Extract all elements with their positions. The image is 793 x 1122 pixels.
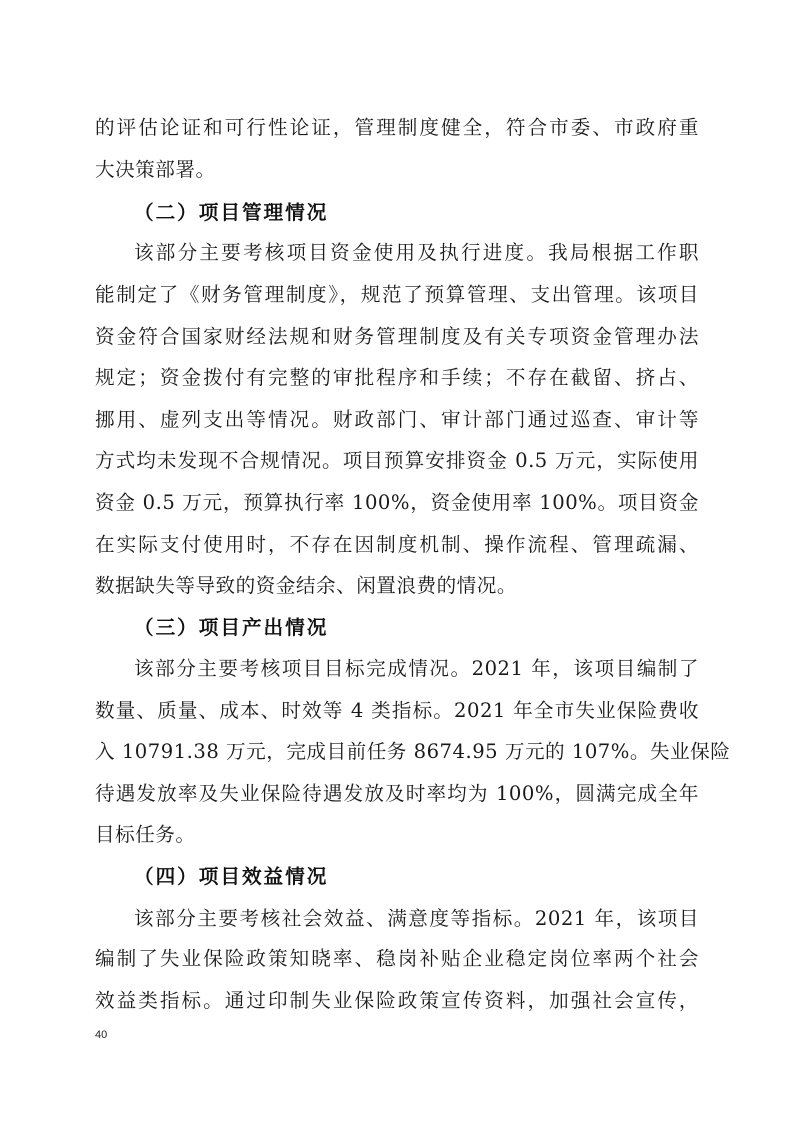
- paragraph-first-line: 该部分主要考核社会效益、满意度等指标。2021 年，该项目: [134, 904, 699, 934]
- section-heading-project-benefits: （四）项目效益情况: [134, 862, 328, 892]
- body-line: 目标任务。: [95, 820, 195, 850]
- paragraph-first-line: 该部分主要考核项目目标完成情况。2021 年，该项目编制了: [134, 654, 699, 684]
- body-line: 数据缺失等导致的资金结余、闲置浪费的情况。: [95, 571, 517, 601]
- body-line: 大决策部署。: [95, 155, 216, 185]
- body-line: 待遇发放率及失业保险待遇发放及时率均为 100%，圆满完成全年: [95, 779, 699, 809]
- section-heading-project-management: （二）项目管理情况: [134, 198, 328, 228]
- body-line: 在实际支付使用时，不存在因制度机制、操作流程、管理疏漏、: [95, 530, 699, 560]
- page-number: 40: [95, 1029, 107, 1041]
- body-line: 挪用、虚列支出等情况。财政部门、审计部门通过巡查、审计等: [95, 405, 699, 435]
- body-line: 效益类指标。通过印制失业保险政策宣传资料，加强社会宣传，: [95, 986, 699, 1016]
- body-line: 入 10791.38 万元，完成目前任务 8674.95 万元的 107%。失业…: [95, 737, 699, 767]
- body-line: 资金符合国家财经法规和财务管理制度及有关专项资金管理办法: [95, 322, 699, 352]
- body-line: 编制了失业保险政策知晓率、稳岗补贴企业稳定岗位率两个社会: [95, 944, 699, 974]
- body-line: 资金 0.5 万元，预算执行率 100%，资金使用率 100%。项目资金: [95, 488, 699, 518]
- body-line: 能制定了《财务管理制度》，规范了预算管理、支出管理。该项目: [95, 280, 699, 310]
- body-line: 的评估论证和可行性论证，管理制度健全，符合市委、市政府重: [95, 113, 699, 143]
- document-page: 的评估论证和可行性论证，管理制度健全，符合市委、市政府重 大决策部署。 （二）项…: [0, 0, 793, 1122]
- body-line: 方式均未发现不合规情况。项目预算安排资金 0.5 万元，实际使用: [95, 446, 699, 476]
- section-heading-project-output: （三）项目产出情况: [134, 613, 328, 643]
- body-line: 规定；资金拨付有完整的审批程序和手续；不存在截留、挤占、: [95, 363, 699, 393]
- paragraph-first-line: 该部分主要考核项目资金使用及执行进度。我局根据工作职: [134, 238, 699, 268]
- body-line: 数量、质量、成本、时效等 4 类指标。2021 年全市失业保险费收: [95, 696, 699, 726]
